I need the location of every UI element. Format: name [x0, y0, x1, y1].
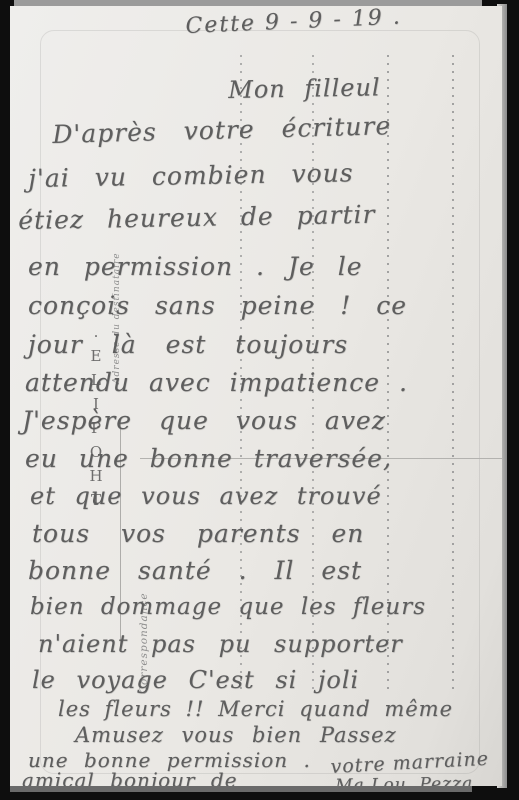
signature: Ma Lou. Pezza: [335, 774, 473, 786]
handwriting-line: eu une bonne traversée,: [25, 444, 392, 473]
handwriting-line: jour là est toujours: [28, 330, 348, 359]
handwriting-line: le voyage C'est si joli: [32, 666, 359, 694]
handwriting-line: bien dommage que les fleurs: [30, 594, 426, 620]
handwriting-line: attendu avec impatience .: [25, 368, 408, 397]
postcard: Adresse du destinataire Correspondance .…: [10, 6, 502, 786]
handwriting-line: et que vous avez trouvé: [30, 482, 382, 510]
handwriting-line: J'espère que vous avez: [22, 406, 386, 435]
handwriting-line: Amusez vous bien Passez: [75, 723, 397, 747]
handwriting-line: en permission . Je le: [28, 252, 363, 281]
handwriting-line: les fleurs !! Merci quand même: [58, 697, 453, 721]
dotted-address-line: [452, 55, 454, 693]
handwriting-line: j'ai vu combien vous: [28, 158, 354, 193]
postcard-scan-page: { "postcard": { "description_title": "Ha…: [0, 0, 519, 800]
scan-edge-bottom: [10, 786, 472, 792]
salutation-line: Mon filleul: [228, 73, 381, 104]
handwriting-line: n'aient pas pu supporter: [38, 630, 403, 658]
handwriting-line: conçois sans peine ! ce: [28, 291, 407, 320]
handwriting-line: bonne santé . Il est: [28, 556, 362, 585]
handwriting-line: tous vos parents en: [32, 519, 364, 548]
handwriting-line: amical bonjour de: [22, 768, 238, 786]
